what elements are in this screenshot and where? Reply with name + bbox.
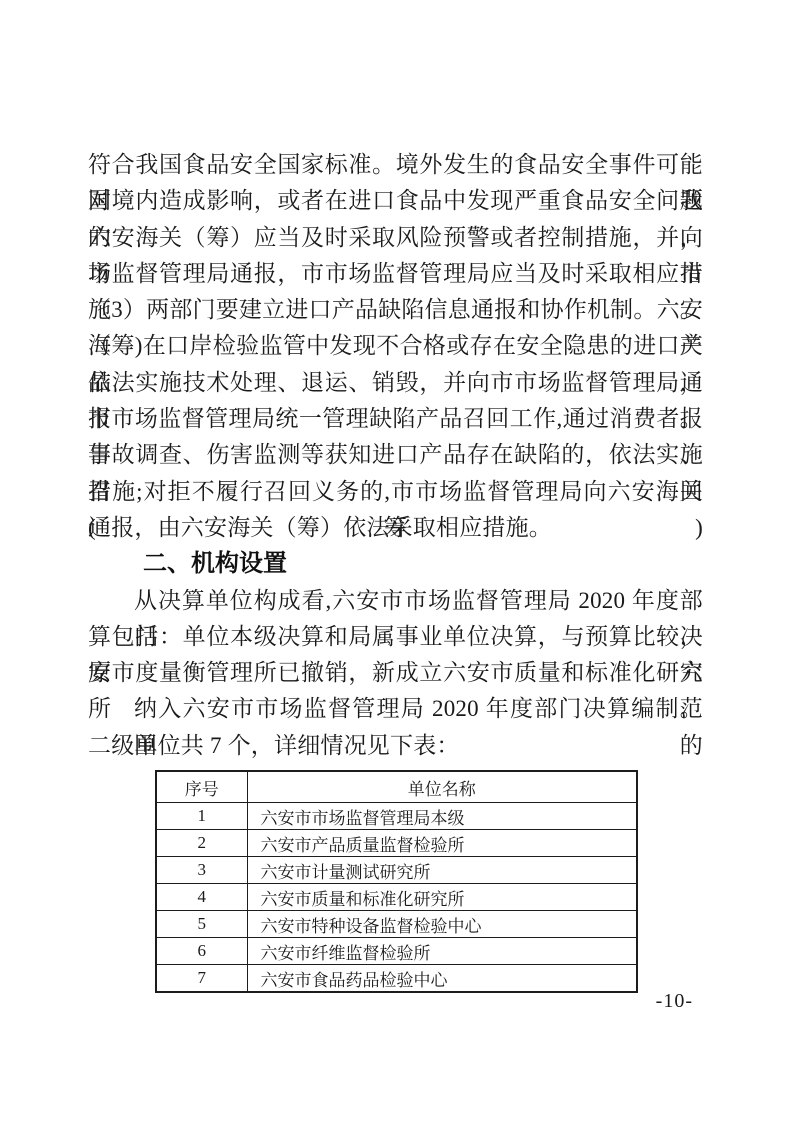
table-row: 5 六安市特种设备监督检验中心: [156, 911, 637, 938]
table-header-cell-no: 序号: [156, 771, 247, 803]
table-row: 1 六安市市场监督管理局本级: [156, 803, 637, 830]
body-text-block: 符合我国食品安全国家标准。境外发生的食品安全事件可能对我 国境内造成影响，或者在…: [88, 147, 703, 764]
table-row: 7 六安市食品药品检验中心: [156, 965, 637, 993]
document-page: 符合我国食品安全国家标准。境外发生的食品安全事件可能对我 国境内造成影响，或者在…: [0, 0, 793, 1122]
body-line: 国境内造成影响，或者在进口食品中发现严重食品安全问题的，: [88, 183, 703, 219]
body-line: 算包括：单位本级决算和局属事业单位决算，与预算比较，原六: [88, 619, 703, 655]
page-number: -10-: [656, 990, 693, 1013]
section-heading: 二、机构设置: [88, 546, 703, 582]
body-line: 从决算单位构成看,六安市市场监督管理局 2020 年度部门决: [88, 583, 703, 619]
table-row: 3 六安市计量测试研究所: [156, 857, 637, 884]
body-line: （筹)在口岸检验监管中发现不合格或存在安全隐患的进口产品，: [88, 328, 703, 364]
unit-name-cell: 六安市市场监督管理局本级: [247, 803, 637, 830]
body-line: 符合我国食品安全国家标准。境外发生的食品安全事件可能对我: [88, 147, 703, 183]
table-header-cell-name: 单位名称: [247, 771, 637, 803]
table-row: 6 六安市纤维监督检验所: [156, 938, 637, 965]
row-number-cell: 4: [156, 884, 247, 911]
table-row: 2 六安市产品质量监督检验所: [156, 830, 637, 857]
table-header-row: 序号 单位名称: [156, 771, 637, 803]
body-line: 场监督管理局通报，市市场监督管理局应当及时采取相应措施。: [88, 256, 703, 292]
body-line: 安市度量衡管理所已撤销，新成立六安市质量和标准化研究所。: [88, 655, 703, 691]
body-line: （3）两部门要建立进口产品缺陷信息通报和协作机制。六安海关: [88, 292, 703, 328]
body-line: 依法实施技术处理、退运、销毁，并向市市场监督管理局通报。: [88, 365, 703, 401]
units-table: 序号 单位名称 1 六安市市场监督管理局本级 2 六安市产品质量监督检验所 3 …: [155, 770, 638, 993]
row-number-cell: 1: [156, 803, 247, 830]
body-line: 措施;对拒不履行召回义务的,市市场监督管理局向六安海关(筹): [88, 474, 703, 510]
table-row: 4 六安市质量和标准化研究所: [156, 884, 637, 911]
unit-name-cell: 六安市质量和标准化研究所: [247, 884, 637, 911]
unit-name-cell: 六安市食品药品检验中心: [247, 965, 637, 993]
row-number-cell: 2: [156, 830, 247, 857]
row-number-cell: 5: [156, 911, 247, 938]
row-number-cell: 3: [156, 857, 247, 884]
body-line: 六安海关（筹）应当及时采取风险预警或者控制措施，并向市市: [88, 220, 703, 256]
unit-name-cell: 六安市纤维监督检验所: [247, 938, 637, 965]
unit-name-cell: 六安市计量测试研究所: [247, 857, 637, 884]
body-line: 纳入六安市市场监督管理局 2020 年度部门决算编制范围的: [88, 691, 703, 727]
unit-name-cell: 六安市特种设备监督检验中心: [247, 911, 637, 938]
body-line: 市市场监督管理局统一管理缺陷产品召回工作,通过消费者报告、: [88, 401, 703, 437]
row-number-cell: 7: [156, 965, 247, 993]
row-number-cell: 6: [156, 938, 247, 965]
unit-name-cell: 六安市产品质量监督检验所: [247, 830, 637, 857]
body-line: 事故调查、伤害监测等获知进口产品存在缺陷的，依法实施召回: [88, 437, 703, 473]
